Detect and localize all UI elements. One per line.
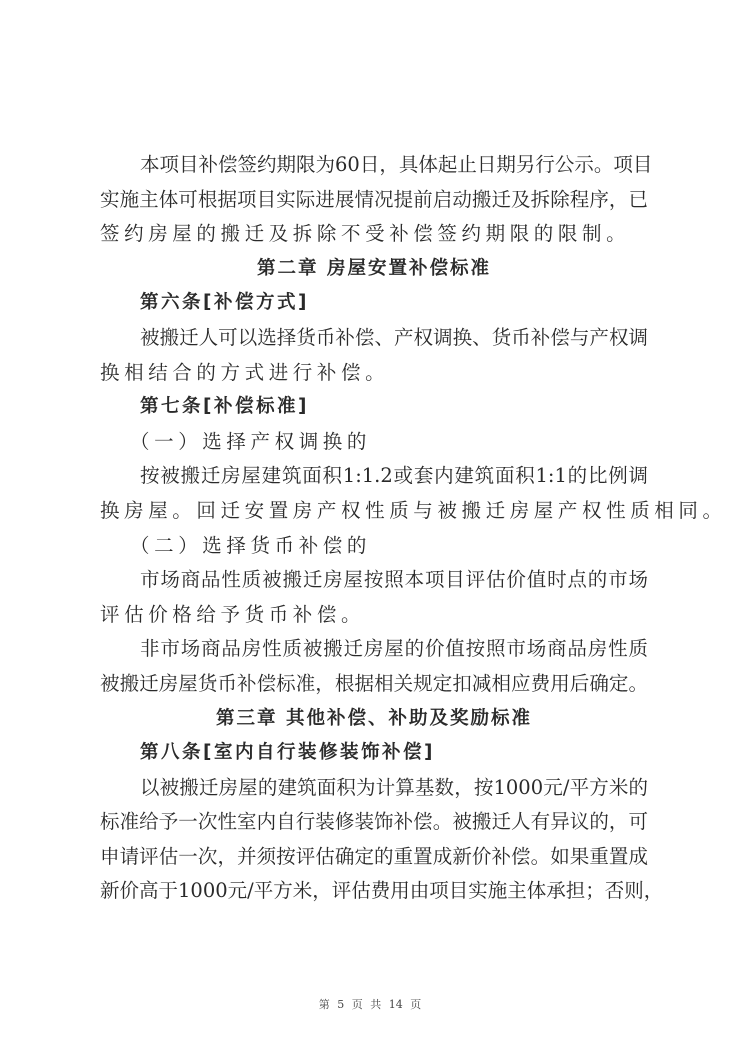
paragraph-line: 签约房屋的搬迁及拆除不受补偿签约期限的限制。 (100, 217, 648, 252)
paragraph-line: 评估价格给予货币补偿。 (100, 598, 648, 633)
article-title: 第六条[补偿方式] (100, 286, 648, 321)
chapter-heading: 第二章 房屋安置补偿标准 (100, 252, 648, 287)
item-title: （二）选择货币补偿的 (100, 529, 648, 564)
document-page: 本项目补偿签约期限为60日，具体起止日期另行公示。项目 实施主体可根据项目实际进… (100, 148, 648, 909)
paragraph-line: 以被搬迁房屋的建筑面积为计算基数，按1000元/平方米的 (100, 771, 648, 806)
page-number-footer: 第 5 页 共 14 页 (0, 996, 740, 1012)
paragraph-line: 被搬迁人可以选择货币补偿、产权调换、货币补偿与产权调 (100, 321, 648, 356)
item-title: （一）选择产权调换的 (100, 425, 648, 460)
article-title: 第八条[室内自行装修装饰补偿] (100, 736, 648, 771)
paragraph-line: 被搬迁房屋货币补偿标准，根据相关规定扣减相应费用后确定。 (100, 667, 648, 702)
paragraph-line: 按被搬迁房屋建筑面积1:1.2或套内建筑面积1:1的比例调 (100, 459, 648, 494)
paragraph-line: 换房屋。回迁安置房产权性质与被搬迁房屋产权性质相同。 (100, 494, 648, 529)
paragraph-line: 市场商品性质被搬迁房屋按照本项目评估价值时点的市场 (100, 563, 648, 598)
chapter-heading: 第三章 其他补偿、补助及奖励标准 (100, 702, 648, 737)
paragraph-line: 本项目补偿签约期限为60日，具体起止日期另行公示。项目 (100, 148, 648, 183)
article-title: 第七条[补偿标准] (100, 390, 648, 425)
paragraph-line: 申请评估一次，并须按评估确定的重置成新价补偿。如果重置成 (100, 840, 648, 875)
paragraph-line: 非市场商品房性质被搬迁房屋的价值按照市场商品房性质 (100, 632, 648, 667)
paragraph-line: 换相结合的方式进行补偿。 (100, 356, 648, 391)
paragraph-line: 实施主体可根据项目实际进展情况提前启动搬迁及拆除程序，已 (100, 183, 648, 218)
paragraph-line: 标准给予一次性室内自行装修装饰补偿。被搬迁人有异议的，可 (100, 805, 648, 840)
paragraph-line: 新价高于1000元/平方米，评估费用由项目实施主体承担；否则， (100, 874, 648, 909)
